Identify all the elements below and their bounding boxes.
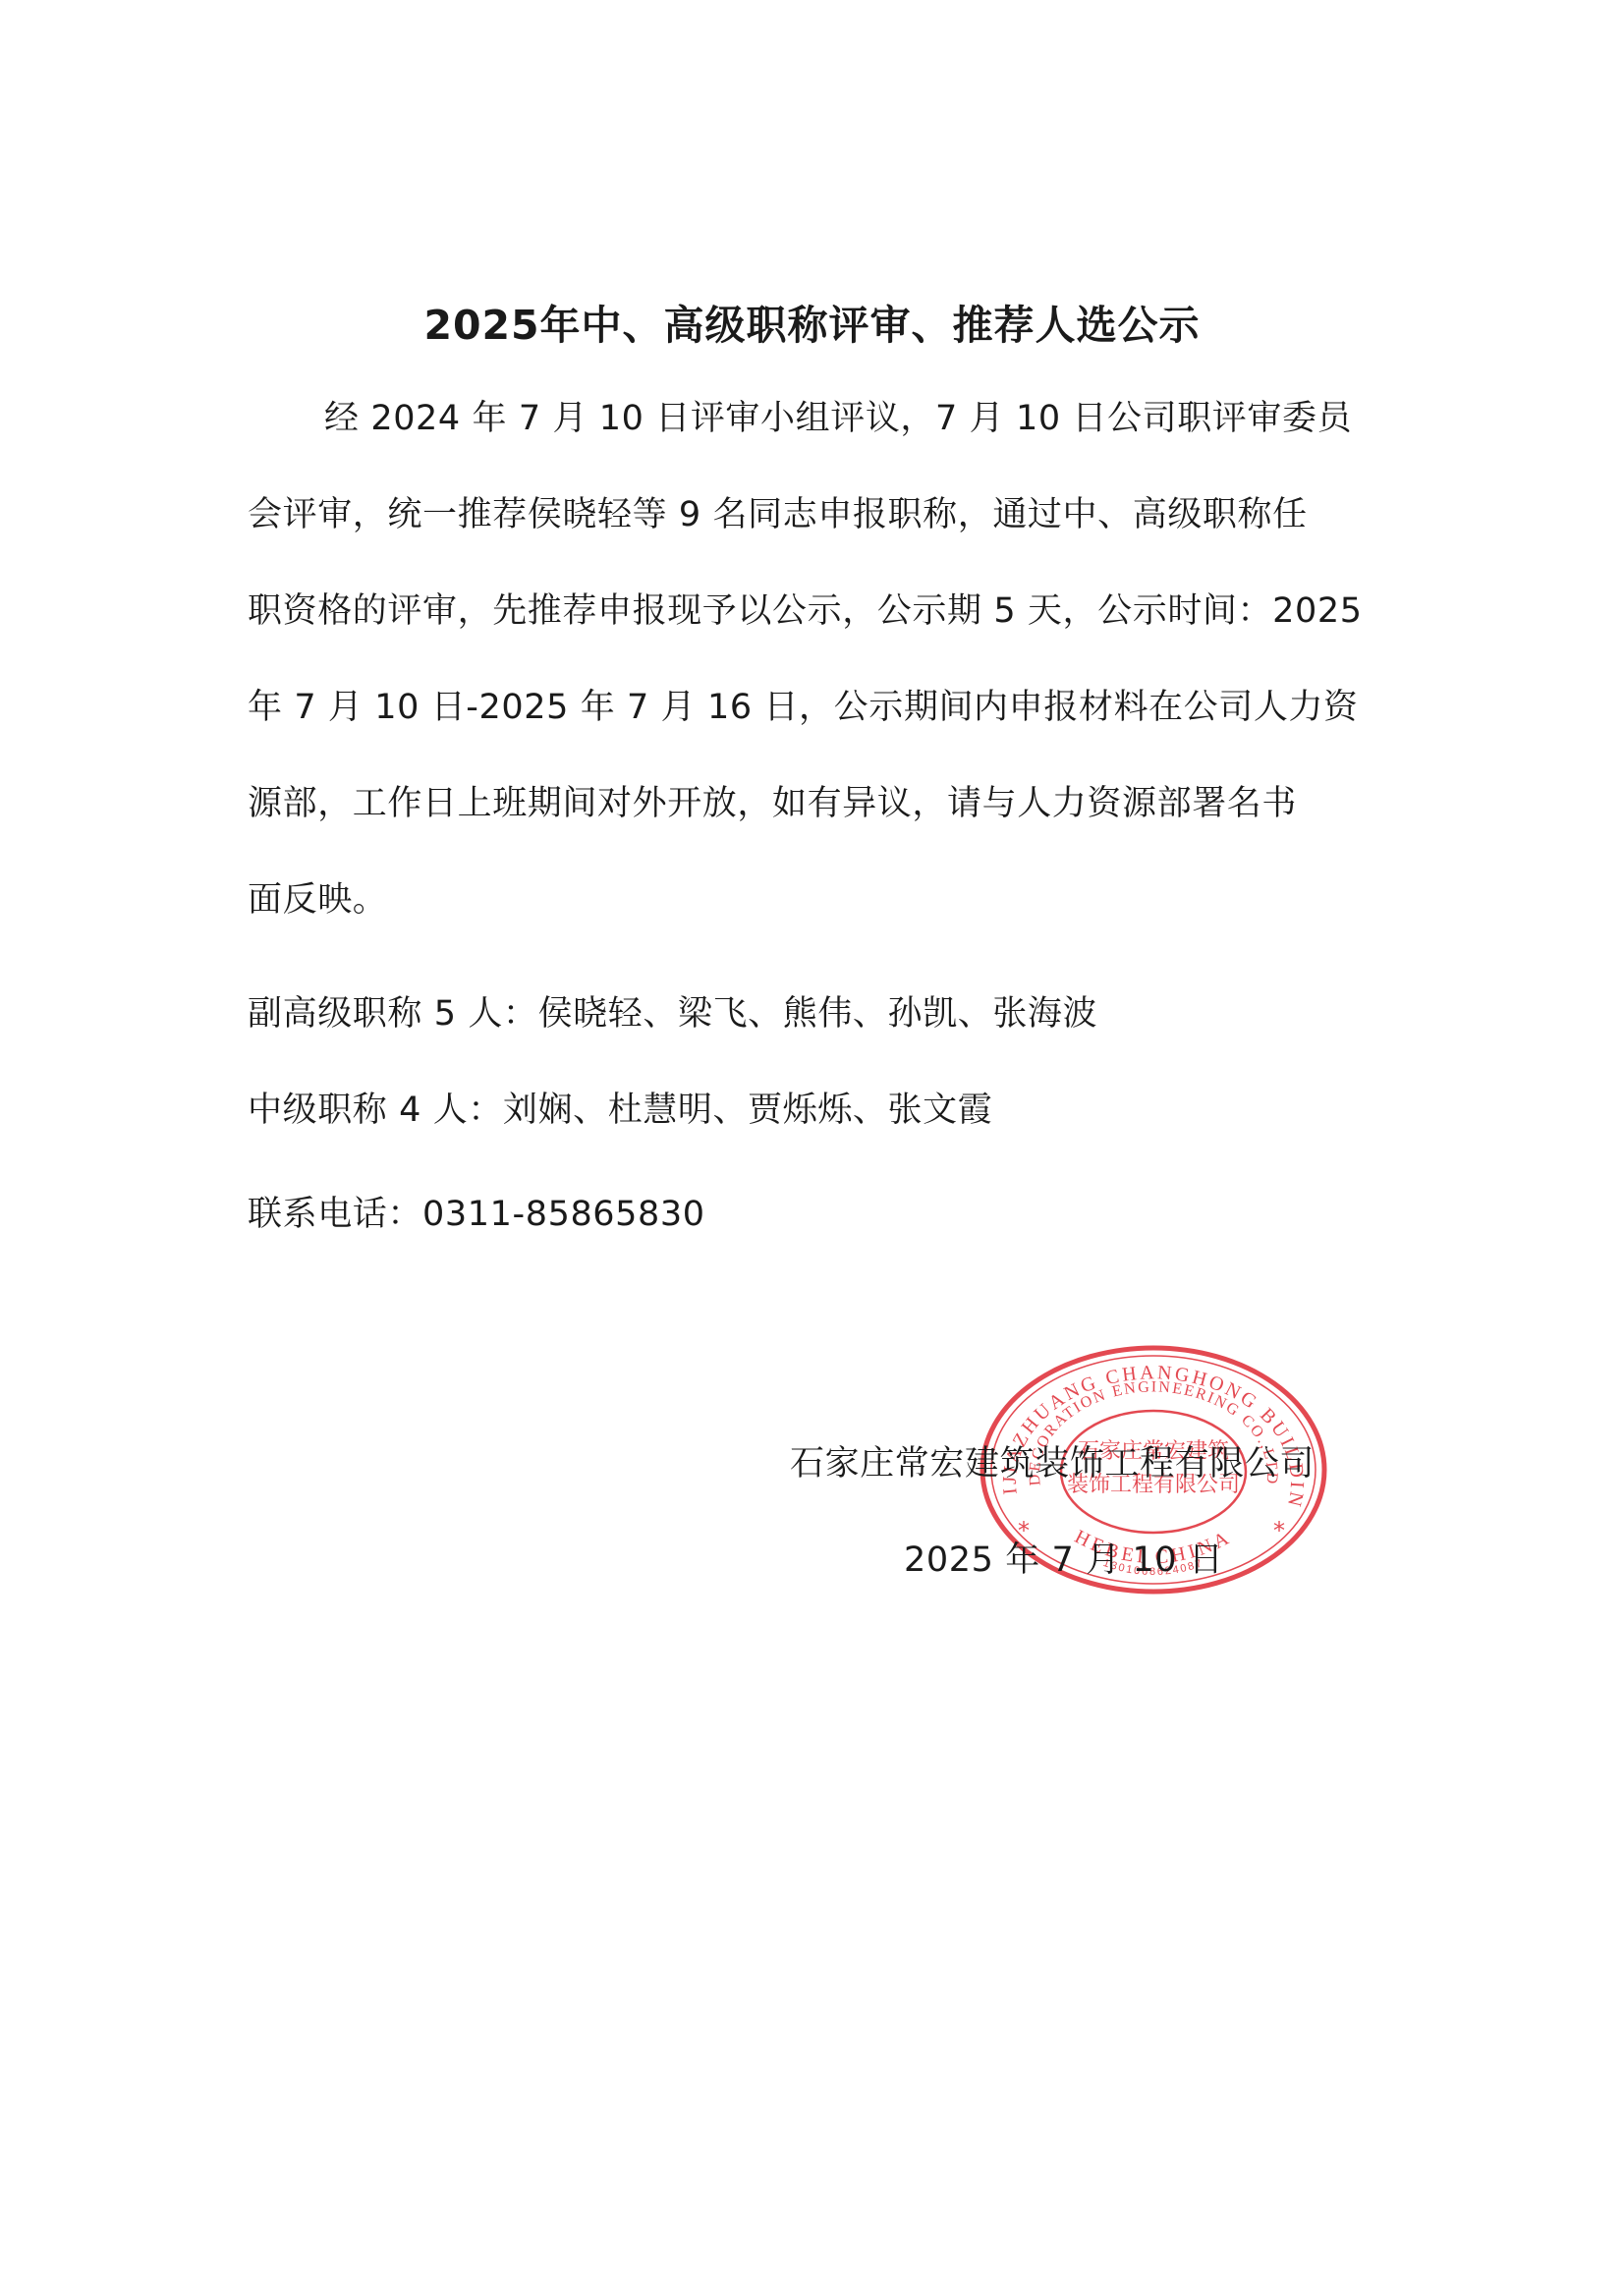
paragraph-line: 经 2024 年 7 月 10 日评审小组评议，7 月 10 日公司职评审委员 xyxy=(324,397,1352,440)
signature-date: 2025 年 7 月 10 日 xyxy=(904,1533,1224,1582)
paragraph-line: 年 7 月 10 日-2025 年 7 月 16 日，公示期间内申报材料在公司人… xyxy=(248,686,1359,729)
paragraph-line: 职资格的评审，先推荐申报现予以公示，公示期 5 天，公示时间：2025 xyxy=(248,589,1363,633)
seal-star-right-icon: * xyxy=(1273,1517,1285,1544)
contact-phone-line: 联系电话：0311-85865830 xyxy=(248,1193,705,1236)
document-page: 2025年中、高级职称评审、推荐人选公示 经 2024 年 7 月 10 日评审… xyxy=(0,0,1624,2296)
intermediate-candidates-line: 中级职称 4 人：刘娴、杜慧明、贾烁烁、张文霞 xyxy=(248,1089,992,1132)
document-title: 2025年中、高级职称评审、推荐人选公示 xyxy=(0,293,1624,351)
senior-candidates-line: 副高级职称 5 人：侯晓轻、梁飞、熊伟、孙凯、张海波 xyxy=(248,992,1097,1036)
paragraph-line: 会评审，统一推荐侯晓轻等 9 名同志申报职称，通过中、高级职称任 xyxy=(248,493,1308,536)
paragraph-line: 面反映。 xyxy=(248,878,387,922)
company-signature: 石家庄常宏建筑装饰工程有限公司 xyxy=(790,1436,1315,1485)
paragraph-line: 源部，工作日上班期间对外开放，如有异议，请与人力资源部署名书 xyxy=(248,782,1297,825)
